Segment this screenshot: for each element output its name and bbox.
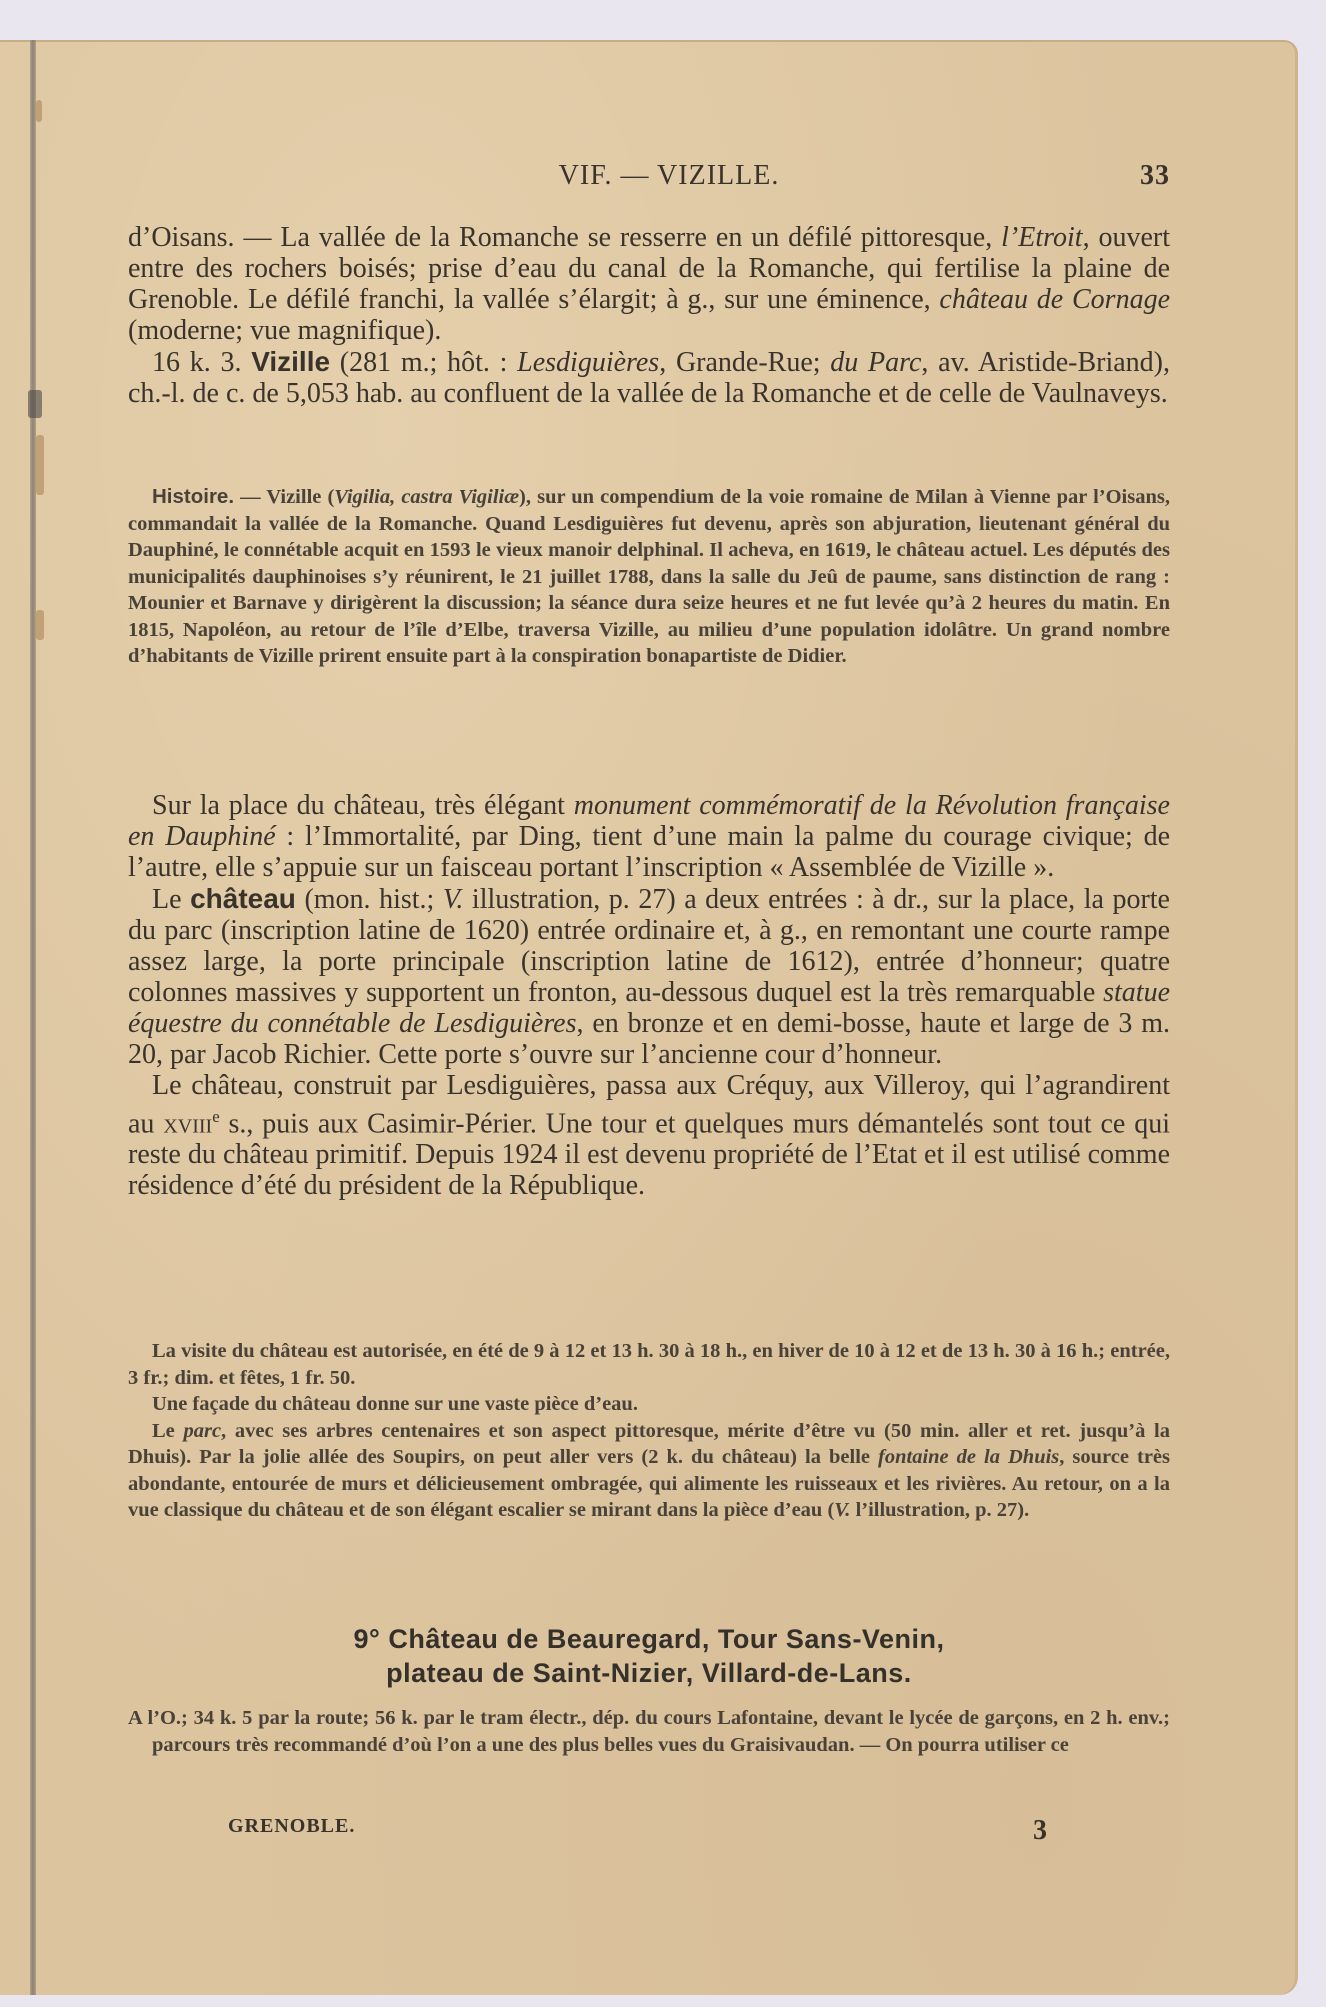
running-header: VIF. — VIZILLE. 33 [128, 160, 1170, 200]
monument-paragraph: Sur la place du château, très élégant mo… [128, 790, 1170, 883]
intro-section: d’Oisans. — La vallée de la Romanche se … [128, 222, 1170, 409]
section-9-heading: 9° Château de Beauregard, Tour Sans-Veni… [128, 1622, 1170, 1690]
signature-number: 3 [1033, 1815, 1047, 1847]
signature-label: GRENOBLE. [228, 1815, 355, 1838]
paper-stain [36, 100, 42, 122]
facade-note: Une façade du château donne sur une vast… [128, 1391, 1170, 1418]
histoire-paragraph: Histoire. — Vizille (Vigilia, castra Vig… [128, 484, 1170, 670]
visit-notes-section: La visite du château est autorisée, en é… [128, 1338, 1170, 1524]
section-9-title-line-1: 9° Château de Beauregard, Tour Sans-Veni… [128, 1622, 1170, 1656]
page-binding-edge [30, 40, 36, 1995]
chateau-history-paragraph: Le château, construit par Lesdiguières, … [128, 1070, 1170, 1201]
section-9-route: A l’O.; 34 k. 5 par la route; 56 k. par … [128, 1705, 1170, 1758]
parc-note: Le parc, avec ses arbres centenaires et … [128, 1418, 1170, 1524]
section-9-title-line-2: plateau de Saint-Nizier, Villard-de-Lans… [128, 1656, 1170, 1690]
chateau-keyword: château [190, 883, 296, 914]
histoire-section: Histoire. — Vizille (Vigilia, castra Vig… [128, 484, 1170, 670]
intro-paragraph-vizille: 16 k. 3. Vizille (281 m.; hôt. : Lesdigu… [128, 346, 1170, 409]
intro-paragraph-1: d’Oisans. — La vallée de la Romanche se … [128, 222, 1170, 346]
histoire-label: Histoire. [152, 485, 234, 508]
paper-stain [28, 390, 42, 418]
route-description: A l’O.; 34 k. 5 par la route; 56 k. par … [128, 1705, 1170, 1758]
page-footer: GRENOBLE. 3 [128, 1815, 1170, 1855]
place-name-vizille: Vizille [251, 346, 330, 377]
page-number: 33 [1140, 160, 1170, 192]
paper-stain [36, 435, 44, 495]
chateau-entrances-paragraph: Le château (mon. hist.; V. illustration,… [128, 883, 1170, 1070]
visit-hours-note: La visite du château est autorisée, en é… [128, 1338, 1170, 1391]
chateau-section: Sur la place du château, très élégant mo… [128, 790, 1170, 1201]
paper-stain [36, 610, 44, 640]
running-title: VIF. — VIZILLE. [128, 160, 1170, 192]
